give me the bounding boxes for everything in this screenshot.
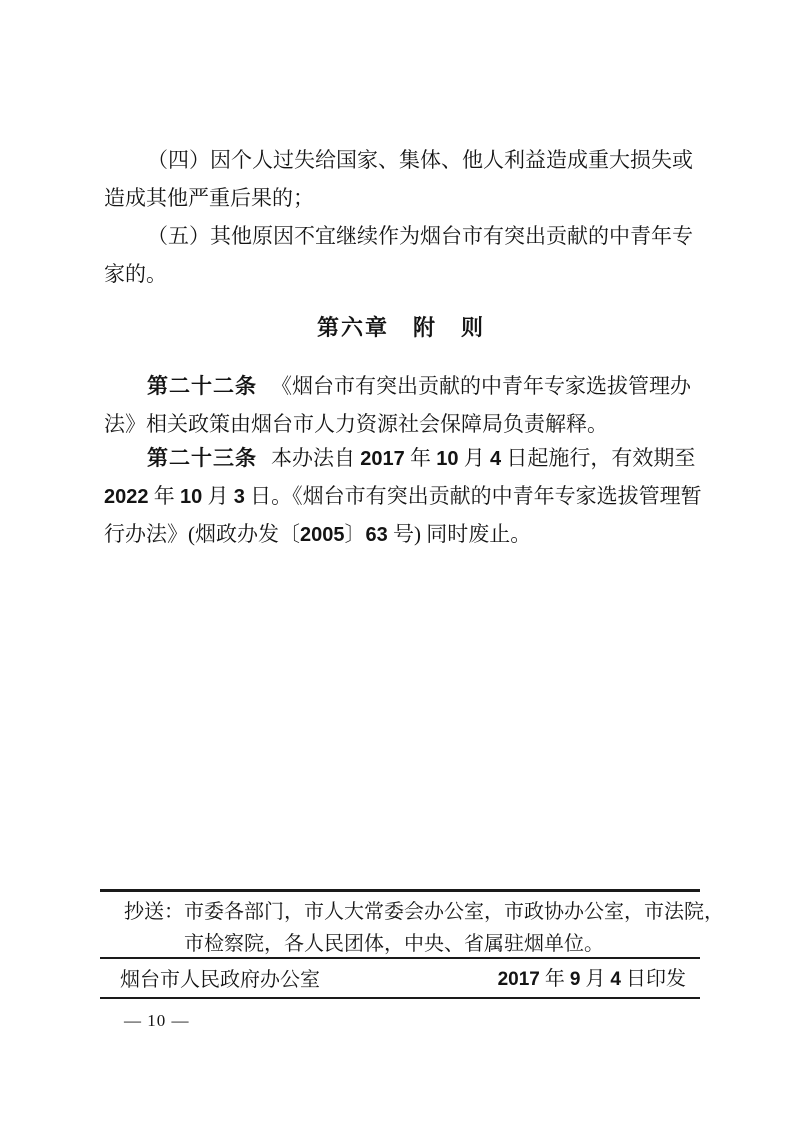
print-date-text: 日印发 xyxy=(621,968,686,990)
article-23-line-3: 行办法》(烟政办发〔2005〕63 号) 同时废止。 xyxy=(104,515,698,553)
article-22-line-2: 法》相关政策由烟台市人力资源社会保障局负责解释。 xyxy=(104,405,698,443)
issuing-office: 烟台市人民政府办公室 xyxy=(120,965,320,995)
article-23-text: 〕 xyxy=(345,522,366,546)
article-23-text: 本办法自 xyxy=(271,446,360,470)
footer-rule-top xyxy=(100,889,700,892)
article-23-text: 行办法》(烟政办发〔 xyxy=(104,522,300,546)
page-number: — 10 — xyxy=(124,1008,190,1034)
print-date-text: 月 xyxy=(580,968,610,990)
print-year: 2017 xyxy=(498,969,540,990)
print-date-text: 年 xyxy=(540,968,570,990)
copy-to-line-2: 市检察院，各人民团体，中央、省属驻烟单位。 xyxy=(184,928,724,960)
copy-to-list: 市委各部门，市人大常委会办公室，市政协办公室，市法院， 市检察院，各人民团体，中… xyxy=(184,896,724,960)
article-23-line-1: 第二十三条本办法自 2017 年 10 月 4 日起施行，有效期至 xyxy=(104,439,698,477)
article-23-text: 年 xyxy=(149,484,181,508)
clause-4-text-a: （四）因个人过失给国家、集体、他人利益造成重大损失或 xyxy=(147,148,693,172)
article-22-line-1: 第二十二条《烟台市有突出贡献的中青年专家选拔管理办 xyxy=(104,367,698,405)
clause-5-text-a: （五）其他原因不宜继续作为烟台市有突出贡献的中青年专 xyxy=(147,224,693,248)
clause-4-line-1: （四）因个人过失给国家、集体、他人利益造成重大损失或 xyxy=(104,141,698,179)
copy-to-line-1: 市委各部门，市人大常委会办公室，市政协办公室，市法院， xyxy=(184,896,724,928)
article-22-text-b: 法》相关政策由烟台市人力资源社会保障局负责解释。 xyxy=(104,412,608,436)
article-23-text: 日起施行，有效期至 xyxy=(501,446,695,470)
print-month: 9 xyxy=(570,969,581,990)
article-23-block: 第二十三条本办法自 2017 年 10 月 4 日起施行，有效期至 2022 年… xyxy=(104,439,698,553)
day-4: 4 xyxy=(490,448,501,470)
clauses-block: （四）因个人过失给国家、集体、他人利益造成重大损失或 造成其他严重后果的； （五… xyxy=(104,141,698,293)
article-23-text: 月 xyxy=(459,446,491,470)
clause-5-line-2: 家的。 xyxy=(104,255,698,293)
article-23-text: 号) 同时废止。 xyxy=(388,522,532,546)
year-2017: 2017 xyxy=(360,448,405,470)
article-23-text: 日。《烟台市有突出贡献的中青年专家选拔管理暂 xyxy=(245,484,702,508)
month-10: 10 xyxy=(436,448,458,470)
article-22-number: 第二十二条 xyxy=(147,374,257,398)
article-23-text: 月 xyxy=(202,484,234,508)
article-23-number: 第二十三条 xyxy=(147,446,257,470)
doc-year-2005: 2005 xyxy=(300,524,345,546)
article-22-block: 第二十二条《烟台市有突出贡献的中青年专家选拔管理办 法》相关政策由烟台市人力资源… xyxy=(104,367,698,443)
year-2022: 2022 xyxy=(104,486,149,508)
print-day: 4 xyxy=(610,969,621,990)
issuer-row: 烟台市人民政府办公室 2017 年 9 月 4 日印发 xyxy=(120,964,686,995)
doc-number-63: 63 xyxy=(366,524,388,546)
clause-5-line-1: （五）其他原因不宜继续作为烟台市有突出贡献的中青年专 xyxy=(104,217,698,255)
clause-5-text-b: 家的。 xyxy=(104,262,167,286)
day-3: 3 xyxy=(234,486,245,508)
print-date: 2017 年 9 月 4 日印发 xyxy=(498,964,686,995)
chapter-heading: 第六章 附 则 xyxy=(104,308,698,348)
article-23-text: 年 xyxy=(405,446,437,470)
month-10b: 10 xyxy=(180,486,202,508)
copy-to-block: 抄送： 市委各部门，市人大常委会办公室，市政协办公室，市法院， 市检察院，各人民… xyxy=(124,896,690,960)
document-page: （四）因个人过失给国家、集体、他人利益造成重大损失或 造成其他严重后果的； （五… xyxy=(0,0,799,1132)
clause-4-line-2: 造成其他严重后果的； xyxy=(104,179,698,217)
copy-to-label: 抄送： xyxy=(124,896,184,928)
article-23-line-2: 2022 年 10 月 3 日。《烟台市有突出贡献的中青年专家选拔管理暂 xyxy=(104,477,698,515)
article-22-text-a: 《烟台市有突出贡献的中青年专家选拔管理办 xyxy=(271,374,691,398)
clause-4-text-b: 造成其他严重后果的； xyxy=(104,186,314,210)
footer-rule-bottom xyxy=(100,997,700,999)
